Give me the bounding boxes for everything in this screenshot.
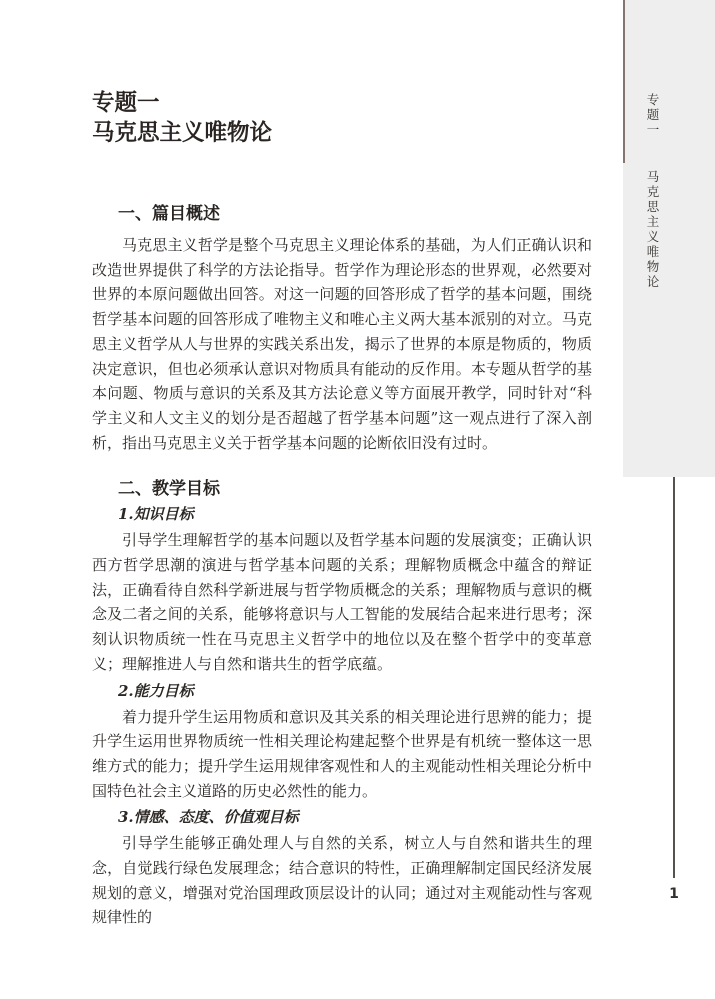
subhead-ability-objectives: 2.能力目标: [118, 681, 592, 702]
knowledge-objectives-paragraph: 引导学生理解哲学的基本问题以及哲学基本问题的发展演变；正确认识西方哲学思潮的演进…: [92, 528, 592, 676]
section-heading-overview: 一、篇目概述: [118, 203, 592, 225]
footer-divider-rule: [673, 477, 675, 878]
subhead-values-objectives: 3.情感、态度、价值观目标: [118, 807, 592, 828]
page-number: 1: [665, 886, 683, 902]
overview-paragraph: 马克思主义哲学是整个马克思主义理论体系的基础，为人们正确认识和改造世界提供了科学…: [92, 233, 592, 455]
chapter-title: 专题一 马克思主义唯物论: [92, 88, 592, 148]
chapter-title-number: 专题一: [92, 88, 592, 118]
page-content: 专题一 马克思主义唯物论 一、篇目概述 马克思主义哲学是整个马克思主义理论体系的…: [92, 0, 592, 930]
chapter-tab: 专题一 马克思主义唯物论: [623, 0, 715, 477]
chapter-tab-title: 马克思主义唯物论: [645, 170, 660, 290]
chapter-tab-rule: [623, 0, 625, 163]
ability-objectives-paragraph: 着力提升学生运用物质和意识及其关系的相关理论进行思辨的能力；提升学生运用世界物质…: [92, 705, 592, 804]
chapter-title-name: 马克思主义唯物论: [92, 118, 592, 148]
chapter-tab-number: 专题一: [645, 93, 660, 138]
values-objectives-paragraph: 引导学生能够正确处理人与自然的关系，树立人与自然和谐共生的理念，自觉践行绿色发展…: [92, 831, 592, 930]
subhead-knowledge-objectives: 1.知识目标: [118, 504, 592, 525]
chapter-tab-label: 专题一 马克思主义唯物论: [643, 93, 661, 290]
section-heading-teaching-objectives: 二、教学目标: [118, 478, 592, 500]
